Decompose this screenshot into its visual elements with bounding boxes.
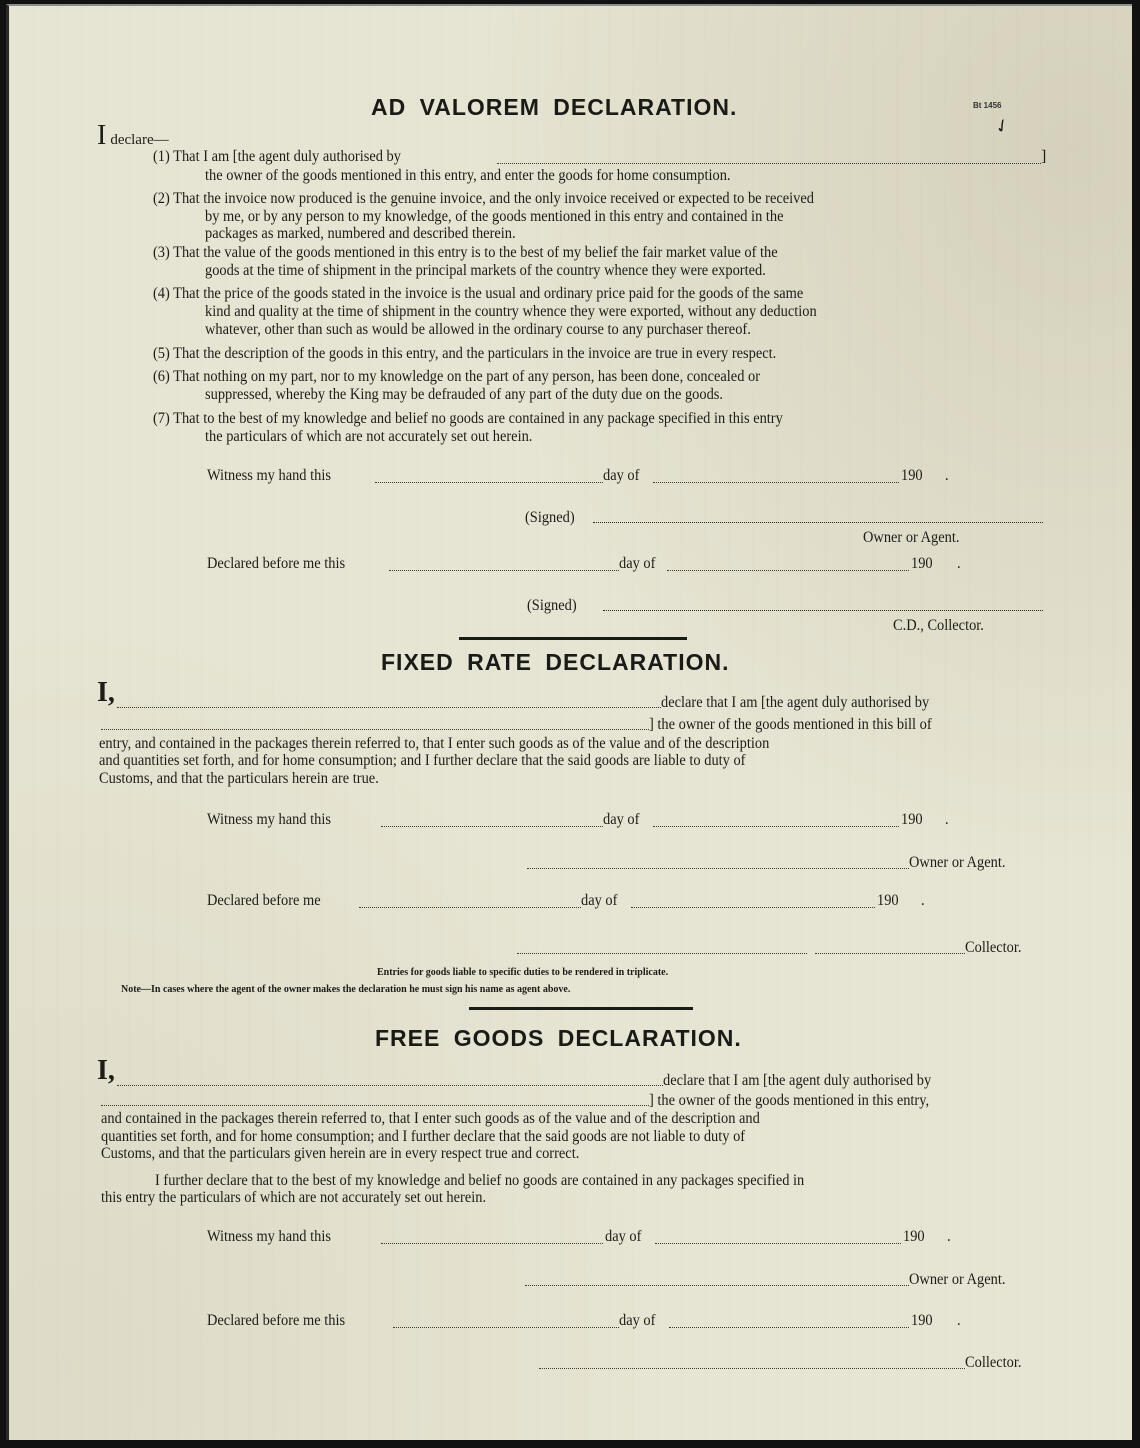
clause-7-line-2: the particulars of which are not accurat…: [205, 428, 532, 445]
fg-collector-signature-field[interactable]: [539, 1368, 965, 1369]
fr-declared-label: Declared before me: [207, 892, 321, 909]
fg-line-3: and contained in the packages therein re…: [101, 1110, 760, 1127]
fg-declarant-name-field[interactable]: [117, 1085, 663, 1086]
clause-6-line-2: suppressed, whereby the King may be defr…: [205, 386, 723, 403]
clause-1-line-1: (1) That I am [the agent duly authorised…: [153, 148, 401, 165]
av-collector-signed-label: (Signed): [527, 597, 577, 614]
agent-note: Note—In cases where the agent of the own…: [121, 984, 570, 995]
av-owner-signature-field[interactable]: [593, 522, 1043, 523]
clause-5-line-1: (5) That the description of the goods in…: [153, 345, 776, 362]
av-witness-day-field[interactable]: [375, 482, 603, 483]
fg-owner-or-agent-label: Owner or Agent.: [909, 1271, 1005, 1288]
fr-collector-signature-field-1[interactable]: [517, 953, 807, 954]
fr-collector-label: Collector.: [965, 939, 1021, 956]
clause-7-line-1: (7) That to the best of my knowledge and…: [153, 410, 783, 427]
clause-6-line-1: (6) That nothing on my part, nor to my k…: [153, 368, 760, 385]
fg-authorised-by-field[interactable]: [101, 1105, 649, 1106]
fg-i-label: I,: [97, 1057, 115, 1085]
clause-4-line-1: (4) That the price of the goods stated i…: [153, 285, 803, 302]
fr-line-5: Customs, and that the particulars herein…: [99, 770, 379, 787]
fg-line-5: Customs, and that the particulars given …: [101, 1145, 579, 1162]
av-declared-month-field[interactable]: [667, 570, 909, 571]
fr-line-3: entry, and contained in the packages the…: [99, 735, 769, 752]
fixed-rate-title: FIXED RATE DECLARATION.: [381, 649, 729, 676]
clause-4-line-3: whatever, other than such as would be al…: [205, 321, 751, 338]
av-declared-day-field[interactable]: [389, 570, 619, 571]
clause-2-line-2: by me, or by any person to my knowledge,…: [205, 208, 783, 225]
fg-collector-label: Collector.: [965, 1354, 1021, 1371]
agent-authorised-by-field[interactable]: [497, 163, 1041, 164]
clause-4-line-2: kind and quality at the time of shipment…: [205, 303, 817, 320]
av-signed-label: (Signed): [525, 509, 575, 526]
av-declared-day-of-label: day of: [619, 555, 655, 572]
av-collector-signature-field[interactable]: [603, 610, 1043, 611]
fg-witness-day-field[interactable]: [381, 1243, 603, 1244]
ad-valorem-intro: I declare—: [97, 122, 169, 150]
clause-3-line-1: (3) That the value of the goods mentione…: [153, 244, 778, 261]
fg-para-2-line-1: I further declare that to the best of my…: [155, 1172, 804, 1189]
clause-2-line-3: packages as marked, numbered and describ…: [205, 225, 516, 242]
section-divider: [469, 1007, 693, 1010]
fr-collector-signature-field-2[interactable]: [815, 953, 965, 954]
av-witness-month-field[interactable]: [653, 482, 899, 483]
fr-authorised-by-field[interactable]: [101, 729, 649, 730]
fg-para-2-line-2: this entry the particulars of which are …: [101, 1189, 486, 1206]
av-year-label: 190: [901, 467, 923, 484]
fr-declared-day-field[interactable]: [359, 907, 581, 908]
fr-line-4: and quantities set forth, and for home c…: [99, 752, 745, 769]
fr-line-2-end: ] the owner of the goods mentioned in th…: [649, 716, 932, 733]
fr-witness-day-field[interactable]: [381, 826, 603, 827]
fg-owner-signature-field[interactable]: [525, 1285, 909, 1286]
av-owner-or-agent-label: Owner or Agent.: [863, 529, 959, 546]
fg-declared-month-field[interactable]: [669, 1327, 909, 1328]
fg-witness-month-field[interactable]: [655, 1243, 901, 1244]
fr-declare-text: declare that I am [the agent duly author…: [661, 694, 929, 711]
fg-line-4: quantities set forth, and for home consu…: [101, 1128, 745, 1145]
ink-mark: ✓: [991, 114, 1015, 140]
fg-declare-text: declare that I am [the agent duly author…: [663, 1072, 931, 1089]
section-divider: [459, 637, 687, 640]
free-goods-title: FREE GOODS DECLARATION.: [375, 1025, 742, 1052]
fr-owner-signature-field[interactable]: [527, 868, 909, 869]
fr-witness-label: Witness my hand this: [207, 811, 331, 828]
fr-i-label: I,: [97, 679, 115, 707]
fg-declared-day-field[interactable]: [393, 1327, 619, 1328]
fr-declared-month-field[interactable]: [631, 907, 875, 908]
fr-witness-month-field[interactable]: [653, 826, 899, 827]
fg-witness-label: Witness my hand this: [207, 1228, 331, 1245]
fr-owner-or-agent-label: Owner or Agent.: [909, 854, 1005, 871]
clause-1-line-2: the owner of the goods mentioned in this…: [205, 167, 731, 184]
av-collector-label: C.D., Collector.: [893, 617, 984, 634]
av-declared-label: Declared before me this: [207, 555, 345, 572]
form-number: Bt 1456: [973, 101, 1001, 110]
ad-valorem-title: AD VALOREM DECLARATION.: [371, 94, 737, 121]
triplicate-note: Entries for goods liable to specific dut…: [377, 967, 668, 978]
clause-2-line-1: (2) That the invoice now produced is the…: [153, 190, 814, 207]
av-witness-label: Witness my hand this: [207, 467, 331, 484]
fg-declared-label: Declared before me this: [207, 1312, 345, 1329]
av-day-of-label: day of: [603, 467, 639, 484]
fg-line-2-end: ] the owner of the goods mentioned in th…: [649, 1092, 929, 1109]
fr-declarant-name-field[interactable]: [117, 707, 661, 708]
clause-3-line-2: goods at the time of shipment in the pri…: [205, 262, 766, 279]
document-page: AD VALOREM DECLARATION. Bt 1456 ✓ I decl…: [6, 4, 1132, 1440]
